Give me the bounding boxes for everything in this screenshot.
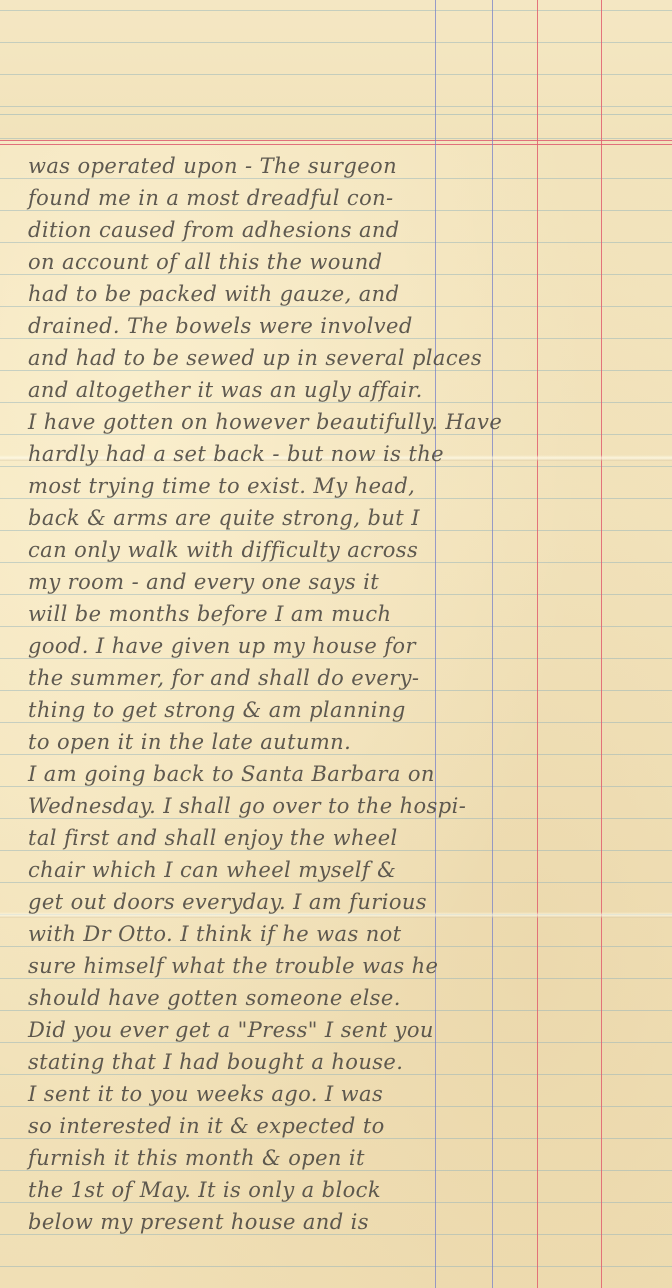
top-blank-margin [0, 0, 672, 140]
top-ruled-line [0, 114, 672, 115]
letter-line: hardly had a set back - but now is the [28, 438, 668, 470]
red-header-line-1 [0, 140, 672, 141]
letter-line: get out doors everyday. I am furious [28, 886, 668, 918]
letter-line: and altogether it was an ugly affair. [28, 374, 668, 406]
letter-line: chair which I can wheel myself & [28, 854, 668, 886]
letter-line: I am going back to Santa Barbara on [28, 758, 668, 790]
letter-line: will be months before I am much [28, 598, 668, 630]
letter-line: the 1st of May. It is only a block [28, 1174, 668, 1206]
letter-line: had to be packed with gauze, and [28, 278, 668, 310]
letter-body: was operated upon - The surgeon found me… [28, 150, 668, 1238]
letter-line: with Dr Otto. I think if he was not [28, 918, 668, 950]
letter-line: and had to be sewed up in several places [28, 342, 668, 374]
letter-line: the summer, for and shall do every- [28, 662, 668, 694]
letter-line: drained. The bowels were involved [28, 310, 668, 342]
letter-line: my room - and every one says it [28, 566, 668, 598]
red-header-line-2 [0, 144, 672, 145]
letter-line: most trying time to exist. My head, [28, 470, 668, 502]
letter-line: can only walk with difficulty across [28, 534, 668, 566]
letter-line: should have gotten someone else. [28, 982, 668, 1014]
letter-line: was operated upon - The surgeon [28, 150, 668, 182]
letter-line: stating that I had bought a house. [28, 1046, 668, 1078]
letter-line: thing to get strong & am planning [28, 694, 668, 726]
letter-line: I sent it to you weeks ago. I was [28, 1078, 668, 1110]
letter-line: Did you ever get a "Press" I sent you [28, 1014, 668, 1046]
letter-line: tal first and shall enjoy the wheel [28, 822, 668, 854]
letter-line: dition caused from adhesions and [28, 214, 668, 246]
letter-line: good. I have given up my house for [28, 630, 668, 662]
letter-line: back & arms are quite strong, but I [28, 502, 668, 534]
letter-line: found me in a most dreadful con- [28, 182, 668, 214]
letter-page: was operated upon - The surgeon found me… [0, 0, 672, 1288]
letter-line: sure himself what the trouble was he [28, 950, 668, 982]
letter-line: below my present house and is [28, 1206, 668, 1238]
letter-line: furnish it this month & open it [28, 1142, 668, 1174]
letter-line: Wednesday. I shall go over to the hospi- [28, 790, 668, 822]
letter-line: on account of all this the wound [28, 246, 668, 278]
letter-line: to open it in the late autumn. [28, 726, 668, 758]
letter-line: I have gotten on however beautifully. Ha… [28, 406, 668, 438]
letter-line: so interested in it & expected to [28, 1110, 668, 1142]
